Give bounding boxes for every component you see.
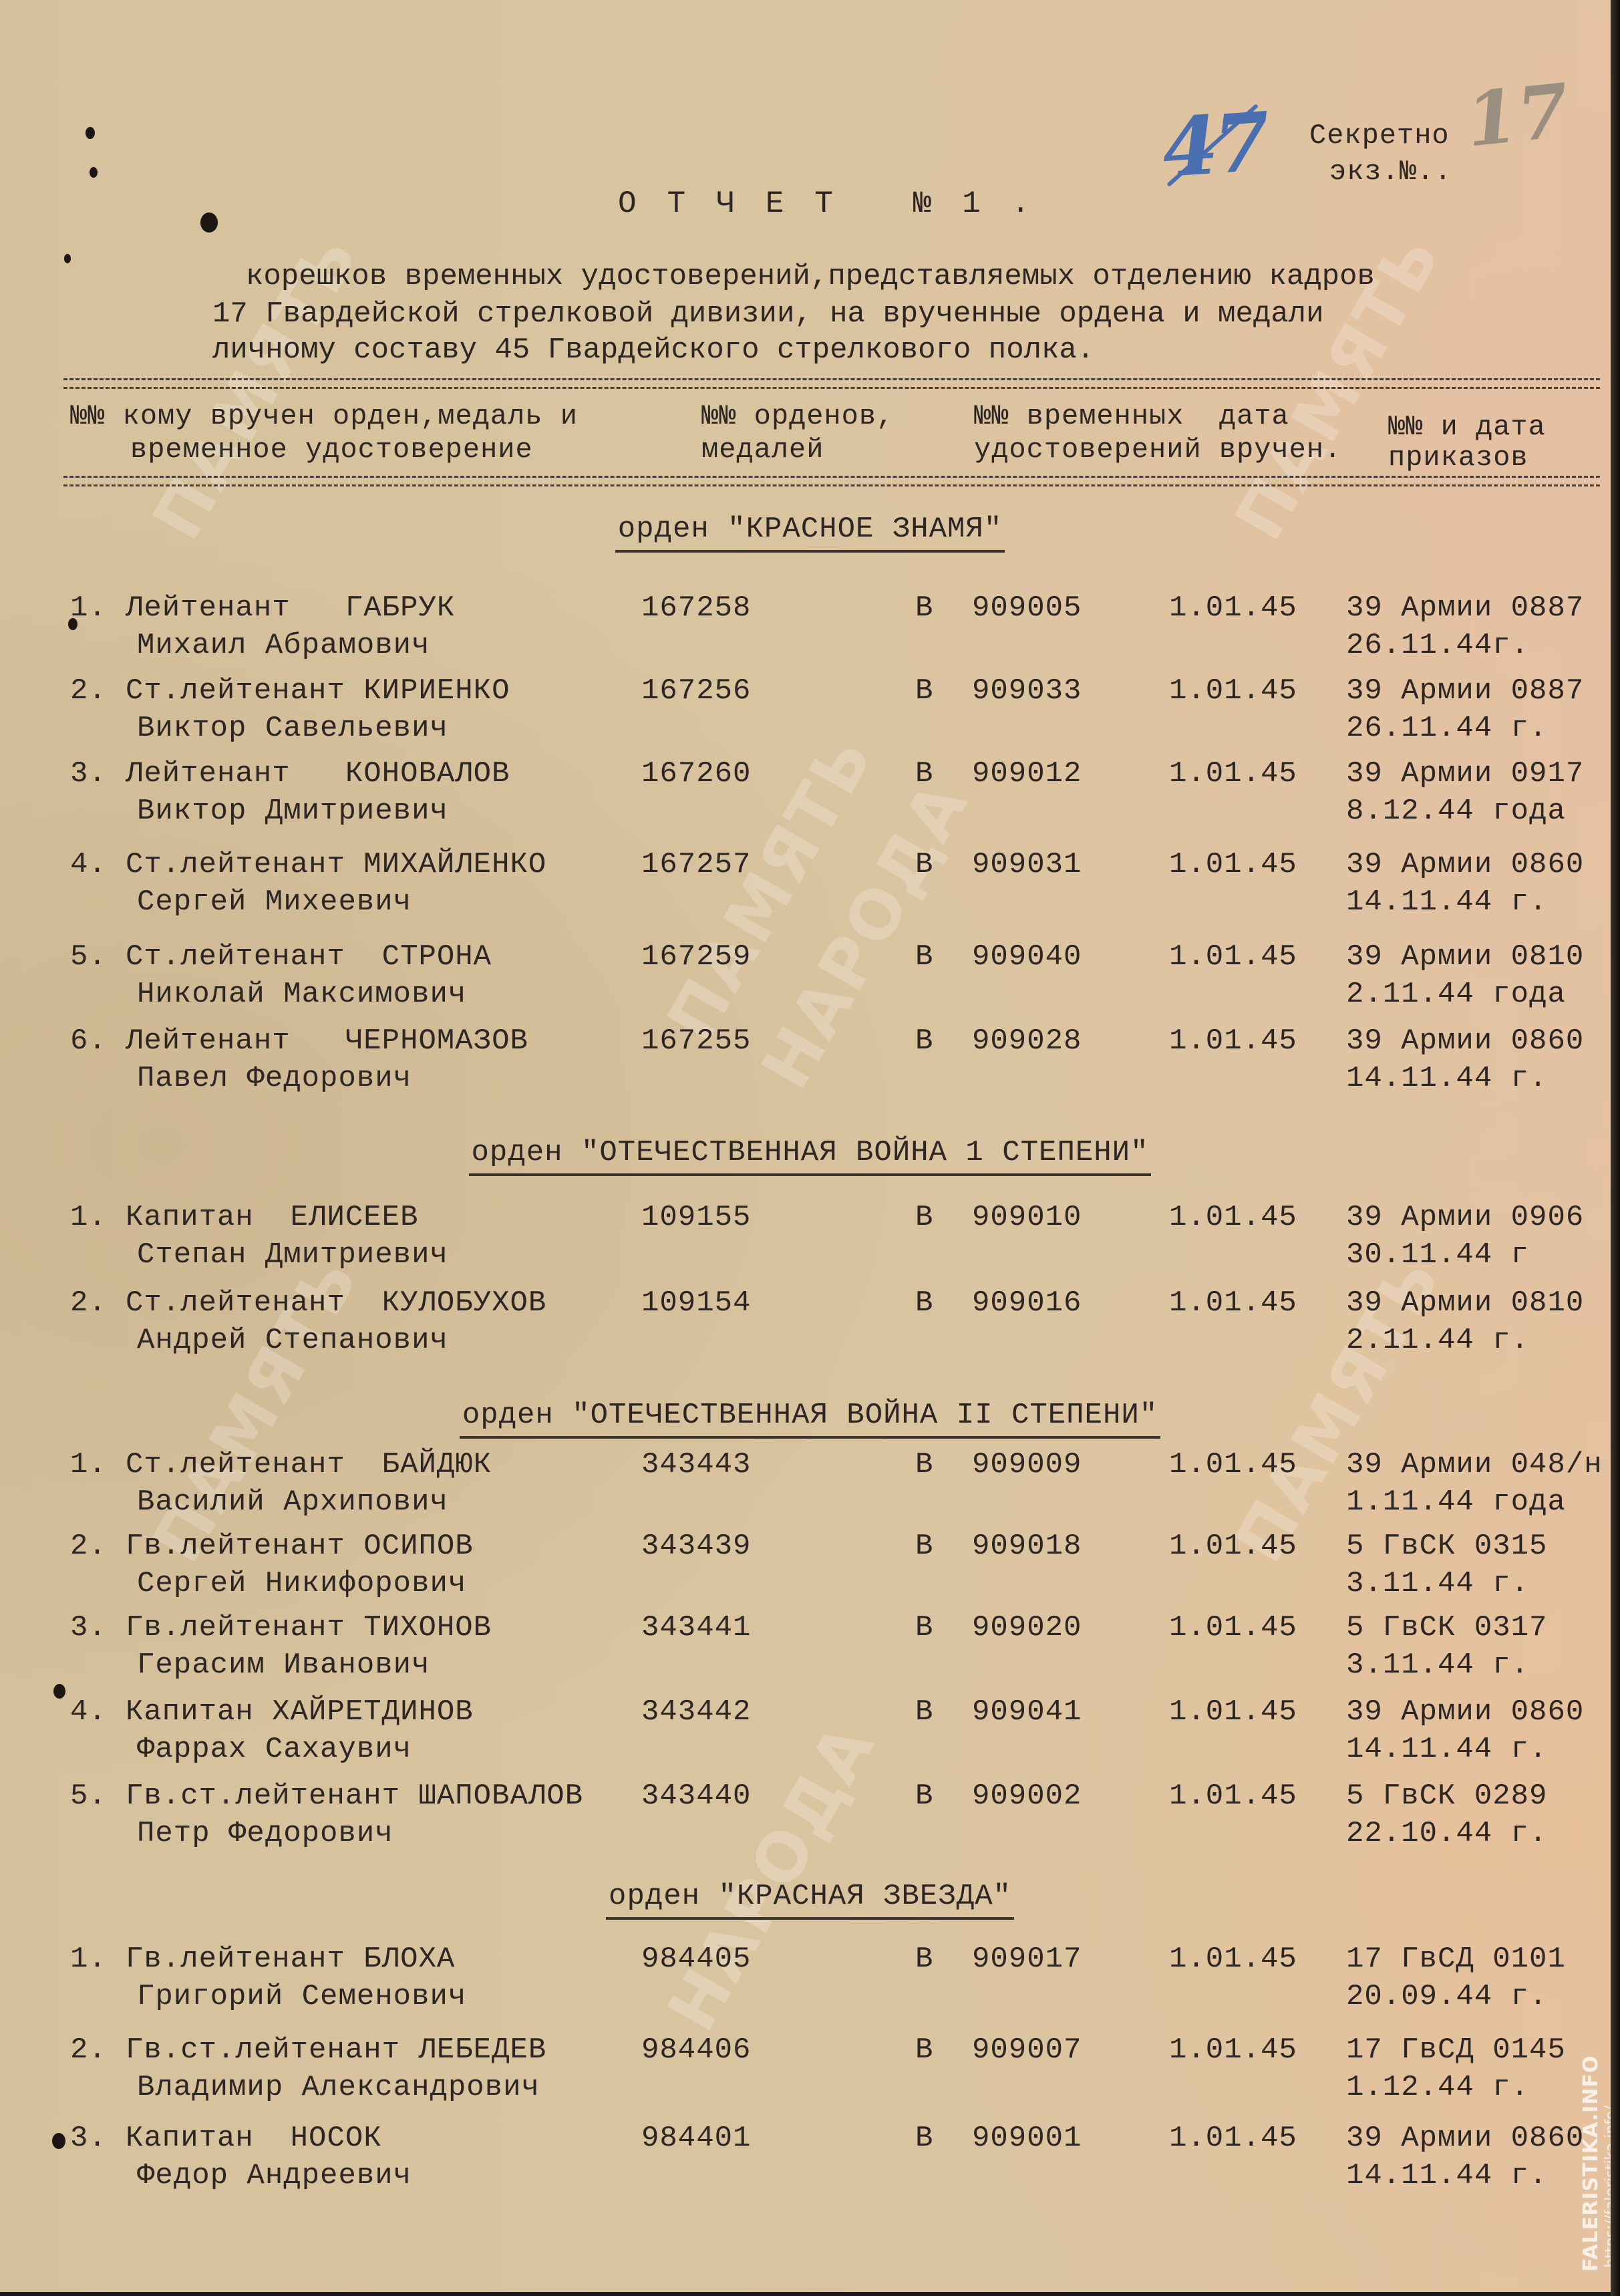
award-date: 1.01.45 [1169,1288,1297,1318]
entry-number: 1. [70,1203,107,1232]
award-entry-row: 1.Лейтенант ГАБРУКМихаил Абрамович167258… [0,593,1620,674]
given-names: Петр Федорович [137,1819,393,1848]
header-rule-bottom [63,476,1600,486]
decree-date: 14.11.44 г. [1346,2161,1547,2190]
decree-reference: 5 ГвСК 0315 [1346,1532,1547,1561]
order-number: 984401 [641,2124,751,2153]
order-number: 167256 [641,676,751,706]
certificate-series: В [915,1613,933,1642]
award-date: 1.01.45 [1169,2035,1297,2065]
intro-line-1: корешков временных удостоверений,предста… [246,262,1375,291]
rank-and-surname: Гв.лейтенант ОСИПОВ [126,1532,474,1561]
award-date: 1.01.45 [1169,942,1297,972]
rank-and-surname: Гв.ст.лейтенант ШАПОВАЛОВ [126,1781,583,1811]
entry-number: 2. [70,1288,107,1318]
given-names: Андрей Степанович [137,1326,448,1355]
certificate-series: В [915,1532,933,1561]
certificate-number: 909007 [972,2035,1082,2065]
rank-and-surname: Гв.лейтенант БЛОХА [126,1945,455,1974]
order-number: 109155 [641,1203,751,1232]
certificate-number: 909012 [972,759,1082,788]
award-entry-row: 1.Ст.лейтенант БАЙДЮКВасилий Архипович34… [0,1450,1620,1530]
decree-reference: 5 ГвСК 0289 [1346,1781,1547,1811]
order-number: 343442 [641,1697,751,1727]
decree-date: 26.11.44 г. [1346,714,1547,743]
rank-and-surname: Лейтенант ЧЕРНОМАЗОВ [126,1026,528,1056]
certificate-number: 909031 [972,850,1082,879]
certificate-number: 909016 [972,1288,1082,1318]
rank-and-surname: Капитан НОСОК [126,2124,382,2153]
certificate-number: 909009 [972,1450,1082,1479]
award-entry-row: 1.Гв.лейтенант БЛОХАГригорий Семенович98… [0,1945,1620,2025]
certificate-series: В [915,1203,933,1232]
certificate-series: В [915,1288,933,1318]
entry-number: 4. [70,850,107,879]
order-number: 984405 [641,1945,751,1974]
given-names: Сергей Никифорович [137,1569,466,1598]
decree-date: 1.12.44 г. [1346,2073,1529,2102]
section-title: орден "КРАСНОЕ ЗНАМЯ" [0,515,1620,544]
decree-reference: 39 Армии 0860 [1346,850,1584,879]
decree-reference: 39 Армии 0917 [1346,759,1584,788]
rank-and-surname: Капитан ХАЙРЕТДИНОВ [126,1697,474,1727]
decree-date: 14.11.44 г. [1346,1735,1547,1764]
section-title: орден "ОТЕЧЕСТВЕННАЯ ВОЙНА 1 СТЕПЕНИ" [0,1138,1620,1167]
decree-reference: 39 Армии 0860 [1346,1697,1584,1727]
certificate-series: В [915,676,933,706]
intro-line-3: личному составу 45 Гвардейского стрелков… [212,335,1094,365]
decree-reference: 39 Армии 0810 [1346,1288,1584,1318]
certificate-number: 909020 [972,1613,1082,1642]
order-number: 167260 [641,759,751,788]
award-date: 1.01.45 [1169,593,1297,623]
decree-date: 30.11.44 г [1346,1240,1529,1270]
decree-reference: 5 ГвСК 0317 [1346,1613,1547,1642]
award-date: 1.01.45 [1169,759,1297,788]
certificate-series: В [915,942,933,972]
award-date: 1.01.45 [1169,1613,1297,1642]
copy-number-label: экз.№.. [1329,158,1452,186]
rank-and-surname: Ст.лейтенант СТРОНА [126,942,492,972]
certificate-number: 909028 [972,1026,1082,1056]
col-header-recipient-2: временное удостоверение [130,436,533,464]
certificate-series: В [915,1450,933,1479]
rank-and-surname: Капитан ЕЛИСЕЕВ [126,1203,418,1232]
handwritten-mark: 17 [1463,74,1573,157]
entry-number: 2. [70,676,107,706]
certificate-series: В [915,2035,933,2065]
decree-reference: 39 Армии 0887 [1346,676,1584,706]
decree-date: 3.11.44 г. [1346,1651,1529,1680]
rank-and-surname: Ст.лейтенант КИРИЕНКО [126,676,510,706]
decree-reference: 39 Армии 0860 [1346,2124,1584,2153]
order-number: 167255 [641,1026,751,1056]
order-number: 984406 [641,2035,751,2065]
section-title-text: орден "КРАСНОЕ ЗНАМЯ" [615,513,1005,553]
order-number: 167259 [641,942,751,972]
rank-and-surname: Гв.лейтенант ТИХОНОВ [126,1613,492,1642]
given-names: Фаррах Сахаувич [137,1735,412,1764]
entry-number: 3. [70,1613,107,1642]
award-entry-row: 5.Гв.ст.лейтенант ШАПОВАЛОВПетр Федорови… [0,1781,1620,1862]
award-entry-row: 5.Ст.лейтенант СТРОНАНиколай Максимович1… [0,942,1620,1022]
decree-date: 20.09.44 г. [1346,1982,1547,2011]
decree-reference: 17 ГвСД 0145 [1346,2035,1566,2065]
secrecy-label: Секретно [1309,122,1450,150]
award-entry-row: 2.Гв.лейтенант ОСИПОВСергей Никифорович3… [0,1532,1620,1612]
certificate-series: В [915,1026,933,1056]
rank-and-surname: Лейтенант КОНОВАЛОВ [126,759,510,788]
certificate-number: 909010 [972,1203,1082,1232]
certificate-series: В [915,1945,933,1974]
entry-number: 3. [70,2124,107,2153]
entry-number: 1. [70,1450,107,1479]
given-names: Герасим Иванович [137,1651,430,1680]
entry-number: 5. [70,942,107,972]
given-names: Василий Архипович [137,1487,448,1517]
certificate-number: 909001 [972,2124,1082,2153]
rank-and-surname: Гв.ст.лейтенант ЛЕБЕДЕВ [126,2035,546,2065]
order-number: 343441 [641,1613,751,1642]
award-entry-row: 3.Капитан НОСОКФедор Андреевич984401В909… [0,2124,1620,2204]
decree-date: 2.11.44 г. [1346,1326,1529,1355]
certificate-number: 909033 [972,676,1082,706]
page-edge-shadow [1611,0,1620,2296]
section-title: орден "ОТЕЧЕСТВЕННАЯ ВОЙНА II СТЕПЕНИ" [0,1401,1620,1430]
decree-date: 8.12.44 года [1346,797,1566,826]
award-date: 1.01.45 [1169,1026,1297,1056]
certificate-series: В [915,759,933,788]
award-date: 1.01.45 [1169,1450,1297,1479]
entry-number: 3. [70,759,107,788]
award-date: 1.01.45 [1169,2124,1297,2153]
given-names: Виктор Савельевич [137,714,448,743]
award-date: 1.01.45 [1169,1532,1297,1561]
archival-document-page: ПАМЯТЬ ПАМЯТЬ ПАМЯТЬ НАРОДА ПАМЯТЬ ПАМЯТ… [0,0,1611,2292]
award-entry-row: 3.Лейтенант КОНОВАЛОВВиктор Дмитриевич16… [0,759,1620,839]
decree-date: 3.11.44 г. [1346,1569,1529,1598]
decree-reference: 39 Армии 048/н [1346,1450,1603,1479]
col-header-order-no-2: медалей [701,436,824,464]
award-entry-row: 3.Гв.лейтенант ТИХОНОВГерасим Иванович34… [0,1613,1620,1693]
decree-date: 14.11.44 г. [1346,1064,1547,1093]
col-header-cert: №№ временных дата [974,402,1289,430]
given-names: Павел Федорович [137,1064,412,1093]
certificate-number: 909017 [972,1945,1082,1974]
section-title-text: орден "ОТЕЧЕСТВЕННАЯ ВОЙНА II СТЕПЕНИ" [460,1399,1160,1439]
award-date: 1.01.45 [1169,1203,1297,1232]
pin-hole-mark [86,127,95,139]
site-brand: FALERISTIKA.INFO [1579,2055,1603,2272]
decree-reference: 39 Армии 0860 [1346,1026,1584,1056]
decree-date: 14.11.44 г. [1346,887,1547,917]
section-title-text: орден "ОТЕЧЕСТВЕННАЯ ВОЙНА 1 СТЕПЕНИ" [469,1136,1152,1176]
pin-hole-mark [64,254,71,263]
given-names: Михаил Абрамович [137,631,430,660]
award-date: 1.01.45 [1169,1781,1297,1811]
given-names: Григорий Семенович [137,1982,466,2011]
certificate-number: 909041 [972,1697,1082,1727]
award-entry-row: 4.Капитан ХАЙРЕТДИНОВФаррах Сахаувич3434… [0,1697,1620,1777]
order-number: 109154 [641,1288,751,1318]
given-names: Степан Дмитриевич [137,1240,448,1270]
certificate-series: В [915,2124,933,2153]
award-entry-row: 2.Ст.лейтенант КИРИЕНКОВиктор Савельевич… [0,676,1620,756]
decree-date: 1.11.44 года [1346,1487,1566,1517]
given-names: Виктор Дмитриевич [137,797,448,826]
rank-and-surname: Ст.лейтенант БАЙДЮК [126,1450,492,1479]
section-title: орден "КРАСНАЯ ЗВЕЗДА" [0,1882,1620,1911]
certificate-series: В [915,1781,933,1811]
intro-line-2: 17 Гвардейской стрелковой дивизии, на вр… [212,299,1323,329]
award-entry-row: 2.Гв.ст.лейтенант ЛЕБЕДЕВВладимир Алекса… [0,2035,1620,2116]
col-header-decree: №№ и дата [1388,413,1546,441]
certificate-number: 909040 [972,942,1082,972]
order-number: 167258 [641,593,751,623]
award-date: 1.01.45 [1169,1697,1297,1727]
certificate-number: 909018 [972,1532,1082,1561]
certificate-series: В [915,1697,933,1727]
entry-number: 1. [70,593,107,623]
order-number: 343439 [641,1532,751,1561]
order-number: 167257 [641,850,751,879]
order-number: 343440 [641,1781,751,1811]
certificate-number: 909005 [972,593,1082,623]
entry-number: 2. [70,2035,107,2065]
decree-reference: 39 Армии 0887 [1346,593,1584,623]
pin-hole-mark [200,212,218,233]
col-header-order-no: №№ орденов, [701,402,894,430]
entry-number: 6. [70,1026,107,1056]
award-entry-row: 2.Ст.лейтенант КУЛОБУХОВАндрей Степанови… [0,1288,1620,1369]
entry-number: 4. [70,1697,107,1727]
award-date: 1.01.45 [1169,850,1297,879]
rank-and-surname: Ст.лейтенант КУЛОБУХОВ [126,1288,546,1318]
col-header-cert-2: удостоверений вручен. [974,436,1341,464]
decree-date: 26.11.44г. [1346,631,1529,660]
decree-reference: 39 Армии 0906 [1346,1203,1584,1232]
decree-reference: 39 Армии 0810 [1346,942,1584,972]
decree-reference: 17 ГвСД 0101 [1346,1945,1566,1974]
col-header-decree-2: приказов [1388,444,1528,472]
award-date: 1.01.45 [1169,1945,1297,1974]
given-names: Федор Андреевич [137,2161,412,2190]
section-title-text: орден "КРАСНАЯ ЗВЕЗДА" [606,1880,1014,1920]
document-title: ОТЧЕТ №1. [618,188,1060,219]
award-date: 1.01.45 [1169,676,1297,706]
entry-number: 1. [70,1945,107,1974]
given-names: Сергей Михеевич [137,887,412,917]
header-rule-top [63,378,1600,389]
certificate-series: В [915,593,933,623]
entry-number: 2. [70,1532,107,1561]
certificate-number: 909002 [972,1781,1082,1811]
certificate-series: В [915,850,933,879]
rank-and-surname: Ст.лейтенант МИХАЙЛЕНКО [126,850,546,879]
award-entry-row: 4.Ст.лейтенант МИХАЙЛЕНКОСергей Михеевич… [0,850,1620,930]
col-header-recipient: №№ кому вручен орден,медаль и [70,402,578,430]
entry-number: 5. [70,1781,107,1811]
order-number: 343443 [641,1450,751,1479]
award-entry-row: 6.Лейтенант ЧЕРНОМАЗОВПавел Федорович167… [0,1026,1620,1107]
given-names: Николай Максимович [137,980,466,1009]
rank-and-surname: Лейтенант ГАБРУК [126,593,455,623]
decree-date: 22.10.44 г. [1346,1819,1547,1848]
given-names: Владимир Александрович [137,2073,540,2102]
decree-date: 2.11.44 года [1346,980,1566,1009]
award-entry-row: 1.Капитан ЕЛИСЕЕВСтепан Дмитриевич109155… [0,1203,1620,1283]
pin-hole-mark [90,167,98,178]
